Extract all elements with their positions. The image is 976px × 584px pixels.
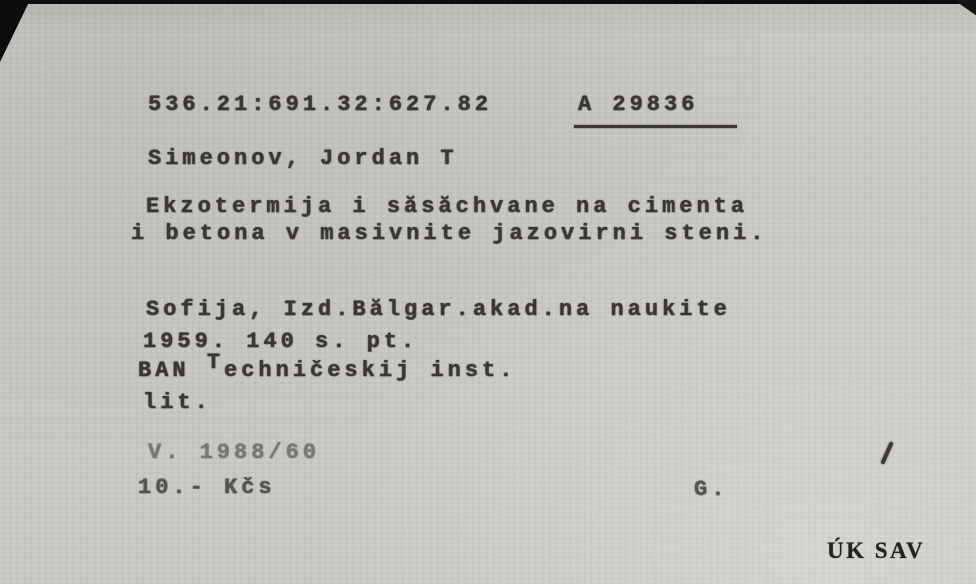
- title-line-2: i betona v masivnite jazovirni steni.: [131, 221, 767, 246]
- author-heading: Simeonov, Jordan T: [148, 146, 458, 171]
- classification-number: 536.21:691.32:627.82: [148, 92, 492, 117]
- cataloguer-initial: G.: [694, 477, 728, 502]
- accession-underline: [574, 125, 737, 128]
- imprint-line-3-raised-letter: T: [207, 350, 224, 375]
- record-number: V. 1988/60: [148, 440, 320, 465]
- price: 10.- Kčs: [138, 475, 276, 500]
- imprint-line-3-rest: echničeskij inst.: [224, 358, 516, 383]
- imprint-line-3-prefix: BAN: [138, 358, 207, 383]
- scan-corner-top-left: [0, 0, 30, 62]
- imprint-line-1: Sofija, Izd.Bălgar.akad.na naukite: [146, 297, 731, 322]
- library-stamp: ÚK SAV: [827, 538, 925, 564]
- catalog-card-scan: 536.21:691.32:627.82 A 29836 Simeonov, J…: [0, 0, 976, 584]
- pen-slash-mark: [880, 441, 893, 465]
- scan-top-edge: [0, 0, 976, 4]
- scan-corner-top-right: [950, 0, 976, 34]
- imprint-line-2: 1959. 140 s. pt.: [143, 329, 418, 354]
- title-line-1: Ekzotermija i săsăchvane na cimenta: [146, 194, 748, 219]
- accession-number: A 29836: [578, 92, 698, 117]
- imprint-line-4: lit.: [143, 390, 212, 415]
- imprint-line-3: BAN Techničeskij inst.: [138, 358, 516, 383]
